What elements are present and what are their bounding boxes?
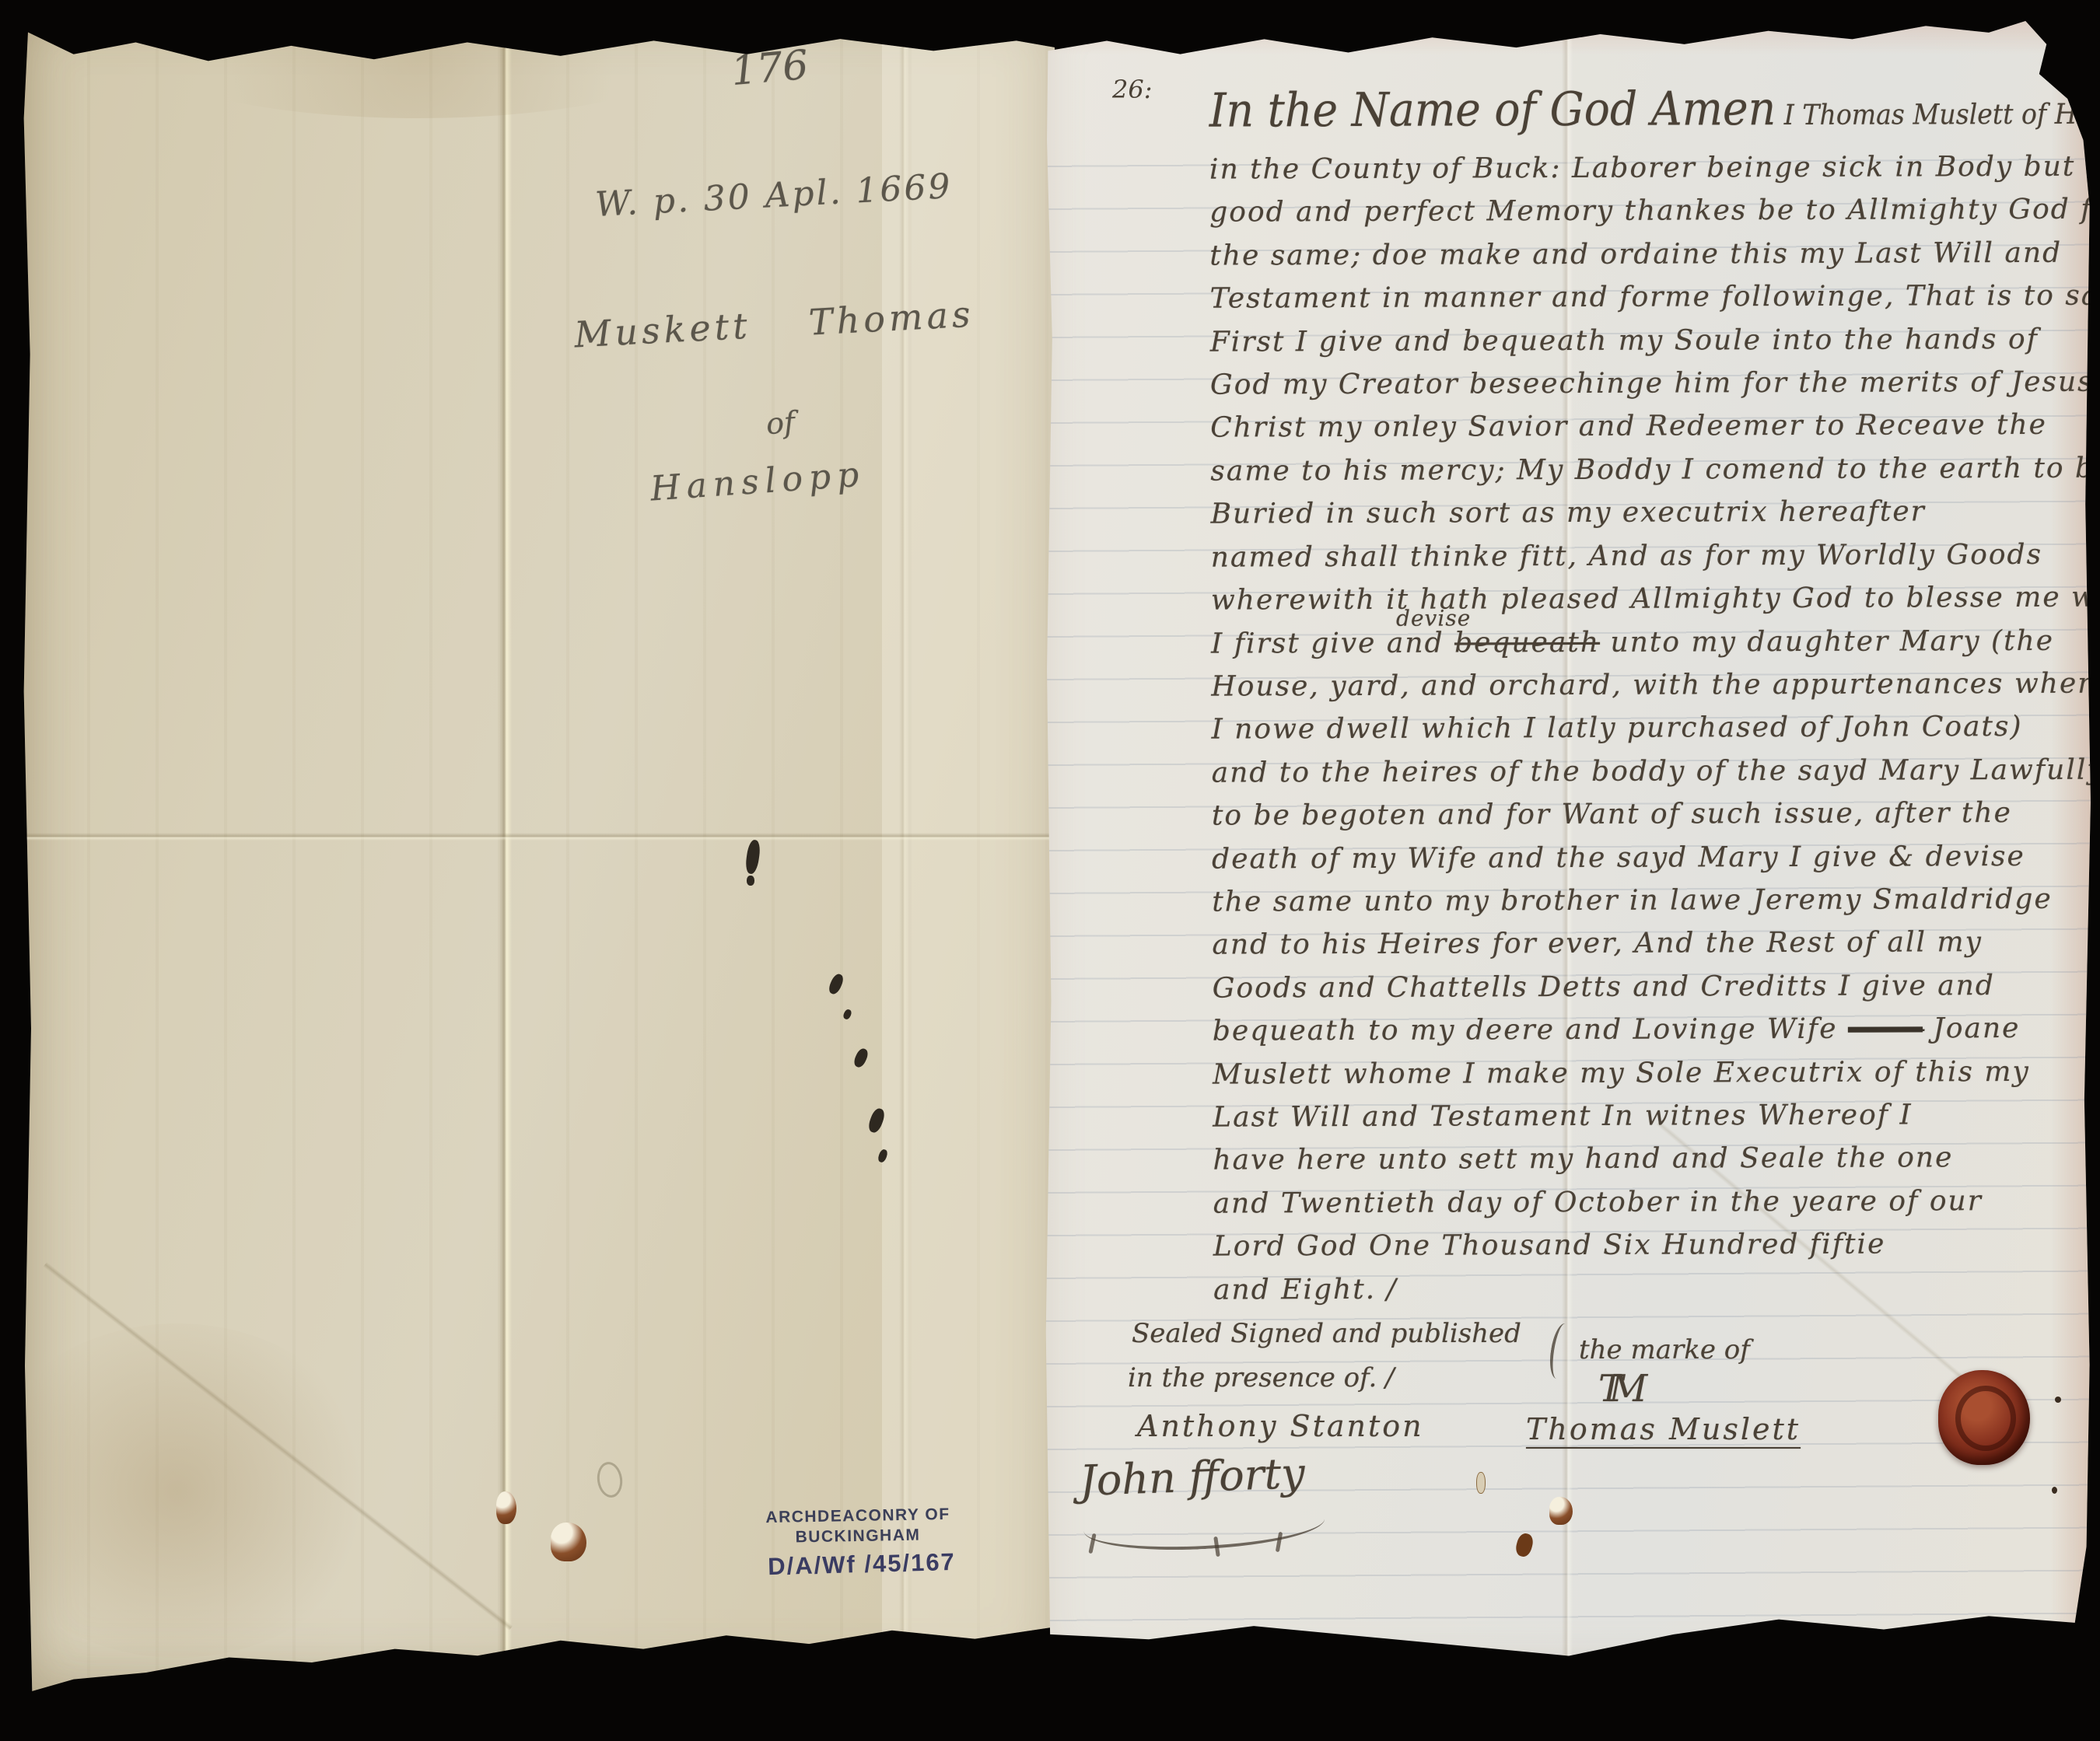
will-line: same to his mercy; My Boddy I comend to … — [1210, 453, 2100, 488]
will-line: Muslett whome I make my Sole Executrix o… — [1213, 1056, 2030, 1091]
will-line: Buried in such sort as my executrix here… — [1210, 495, 1925, 530]
folio-number: 176 — [730, 42, 810, 95]
attestation-line1: Sealed Signed and published — [1132, 1318, 1521, 1349]
paper-damage-hole — [1549, 1497, 1573, 1525]
will-line: the same unto my brother in lawe Jeremy … — [1212, 883, 2053, 918]
will-line: wherewith it hath pleased Allmighty God … — [1211, 581, 2100, 616]
archive-stamp-line2: BUCKINGHAM — [757, 1526, 959, 1548]
witness-signature-anthony-stanton: Anthony Stanton — [1137, 1409, 1424, 1443]
will-line: the same; doe make and ordaine this my L… — [1209, 237, 2062, 272]
edge-speck — [2055, 1397, 2061, 1403]
will-line: and Twentieth day of October in the year… — [1213, 1185, 1983, 1219]
will-line: House, yard, and orchard, with the appur… — [1211, 667, 2100, 702]
will-opening-phrase: In the Name of God Amen — [1209, 82, 1776, 138]
horizontal-fold-crease — [22, 833, 1058, 841]
scribbled-out-word: ——— — [1848, 1012, 1923, 1044]
will-opening-rest: I Thomas Muslett of Hanslappe — [1776, 98, 2100, 131]
will-line-with-scribble: bequeath to my deere and Lovinge Wife ——… — [1213, 1012, 2021, 1047]
vertical-fold-crease — [499, 17, 512, 1703]
marke-of-label: the marke of — [1579, 1334, 1750, 1365]
paper-damage-hole — [551, 1523, 586, 1561]
left-page-verso: 176 W. p. 30 Apl. 1669 Muskett Thomas of… — [22, 17, 1058, 1703]
will-line: named shall thinke fitt, And as for my W… — [1211, 539, 2042, 574]
will-line: First I give and bequeath my Soule into … — [1210, 323, 2039, 358]
will-line: and Eight. / — [1213, 1274, 1398, 1306]
endorsement-of: of — [765, 405, 796, 441]
paper-damage-hole — [496, 1491, 516, 1524]
will-line: good and perfect Memory thankes be to Al… — [1209, 193, 2100, 228]
right-page-will: 26: In the Name of God Amen I Thomas Mus… — [1044, 8, 2094, 1662]
will-line-with-correction: I first give and bequeath unto my daught… — [1211, 625, 2054, 660]
interlined-word: devise — [1396, 605, 1471, 631]
testator-mark-monogram: TM — [1598, 1367, 1633, 1411]
ink-speck — [747, 876, 754, 886]
will-line: Christ my onley Savior and Redeemer to R… — [1210, 409, 2047, 444]
will-line: In the Name of God Amen I Thomas Muslett… — [1209, 80, 2100, 138]
line-post: unto my daughter Mary (the — [1600, 625, 2054, 659]
damage-slit — [1476, 1472, 1486, 1494]
line-pre: bequeath to my deere and Lovinge Wife — [1213, 1013, 1848, 1047]
attestation-line2: in the presence of. / — [1128, 1362, 1395, 1393]
will-line: have here unto sett my hand and Seale th… — [1213, 1141, 1953, 1176]
edge-speck — [2052, 1487, 2057, 1494]
will-line: Lord God One Thousand Six Hundred fiftie — [1213, 1229, 1886, 1263]
will-line: and to the heires of the boddy of the sa… — [1212, 754, 2100, 789]
will-line: Last Will and Testament In witnes Whereo… — [1213, 1099, 1913, 1133]
struck-out-word: bequeath — [1454, 627, 1600, 659]
will-line: death of my Wife and the sayd Mary I giv… — [1212, 841, 2025, 876]
will-line: to be begoten and for Want of such issue… — [1212, 797, 2012, 832]
will-line: Testament in manner and forme followinge… — [1210, 280, 2100, 315]
archive-stamp-line1: ARCHDEACONRY OF — [757, 1505, 959, 1528]
testator-name-by-mark: Thomas Muslett — [1526, 1412, 1801, 1446]
manuscript-photograph: 176 W. p. 30 Apl. 1669 Muskett Thomas of… — [0, 0, 2100, 1741]
line-pre: I first give and — [1211, 628, 1454, 660]
witness-signature-john-fforty: John fforty — [1079, 1449, 1306, 1505]
will-line: God my Creator beseechinge him for the m… — [1210, 366, 2094, 401]
will-line: I nowe dwell which I latly purchased of … — [1211, 711, 2022, 746]
will-line: and to his Heires for ever, And the Rest… — [1212, 926, 1983, 960]
will-line: in the County of Buck: Laborer beinge si… — [1209, 151, 2100, 186]
line-post: Joane — [1923, 1012, 2021, 1044]
vertical-fold-crease-2 — [899, 17, 908, 1703]
will-line: Goods and Chattells Detts and Creditts I… — [1213, 970, 1995, 1005]
archive-reference-number: D/A/Wf /45/167 — [757, 1547, 968, 1581]
red-wax-seal — [1938, 1370, 2030, 1465]
